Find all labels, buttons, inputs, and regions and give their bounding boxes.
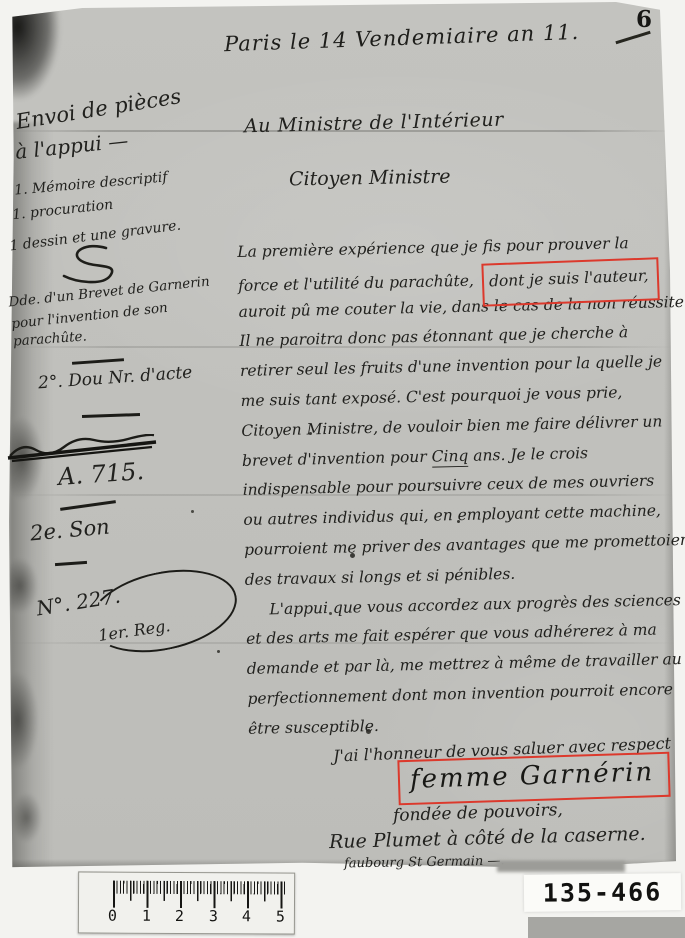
address-line: Rue Plumet à côté de la caserne. — [329, 823, 646, 853]
folio-underline — [615, 31, 650, 44]
margin-underline — [55, 561, 87, 566]
ruler-label: 4 — [242, 907, 251, 925]
margin-envoi-line1: Envoi de pièces — [14, 84, 183, 134]
paraph-flourish — [58, 242, 128, 284]
paper-edge-shadow — [497, 861, 625, 872]
ruler-cm-ticks — [113, 881, 285, 909]
folio-page-number: 6 — [636, 6, 652, 33]
margin-ref-a: A. 715. — [57, 457, 145, 491]
ruler-label: 1 — [142, 907, 151, 925]
red-annotation-box-signature: femme Garnérin — [397, 752, 671, 806]
letter-body: La première expérience que je fis pour p… — [237, 228, 685, 745]
ruler-label: 0 — [108, 907, 117, 925]
scanner-background-band — [528, 917, 685, 938]
ruler-label: 5 — [276, 907, 285, 925]
red-annotation-box-phrase: dont je suis l'auteur, — [481, 257, 659, 306]
ruler-label: 3 — [209, 907, 218, 925]
margin-division-note: 2°. Dou Nr. d'acte — [37, 363, 192, 394]
signature-block: femme Garnérin — [397, 752, 671, 806]
underlined-word: Cinq — [431, 446, 468, 467]
ruler-label: 2 — [175, 907, 184, 925]
address-line: faubourg St Germain —. — [344, 854, 505, 872]
margin-envoi-line2: à l'appui — — [14, 128, 129, 164]
salutation-line: Citoyen Ministre — [289, 166, 451, 191]
margin-ref-section: 2e. Son — [29, 515, 110, 546]
scale-ruler: 0 1 2 3 4 5 — [78, 871, 295, 934]
recipient-line: Au Ministre de l'Intérieur — [244, 109, 504, 138]
archive-number-sticker: 135-466 — [524, 873, 681, 912]
margin-divider — [82, 413, 140, 418]
archive-number: 135-466 — [543, 877, 663, 907]
scanned-letter-page: Paris le 14 Vendemiaire an 11. 6 Envoi d… — [0, 0, 685, 938]
ruler-ticks — [113, 881, 285, 909]
body-line-text: ans. Je le crois — [468, 444, 588, 465]
margin-brevet-note: parachûte. — [13, 328, 88, 349]
margin-underline — [60, 500, 116, 511]
margin-divider — [72, 358, 124, 365]
margin-enclosure-item: 1. Mémoire descriptif — [14, 169, 169, 198]
date-line: Paris le 14 Vendemiaire an 11. — [224, 20, 580, 56]
body-line-text: brevet d'invention pour — [242, 447, 432, 469]
body-line-text: force et l'utilité du parachûte, — [238, 271, 479, 294]
margin-enclosure-item: 1. procuration — [11, 197, 113, 224]
margin-circle-loop — [82, 557, 245, 664]
